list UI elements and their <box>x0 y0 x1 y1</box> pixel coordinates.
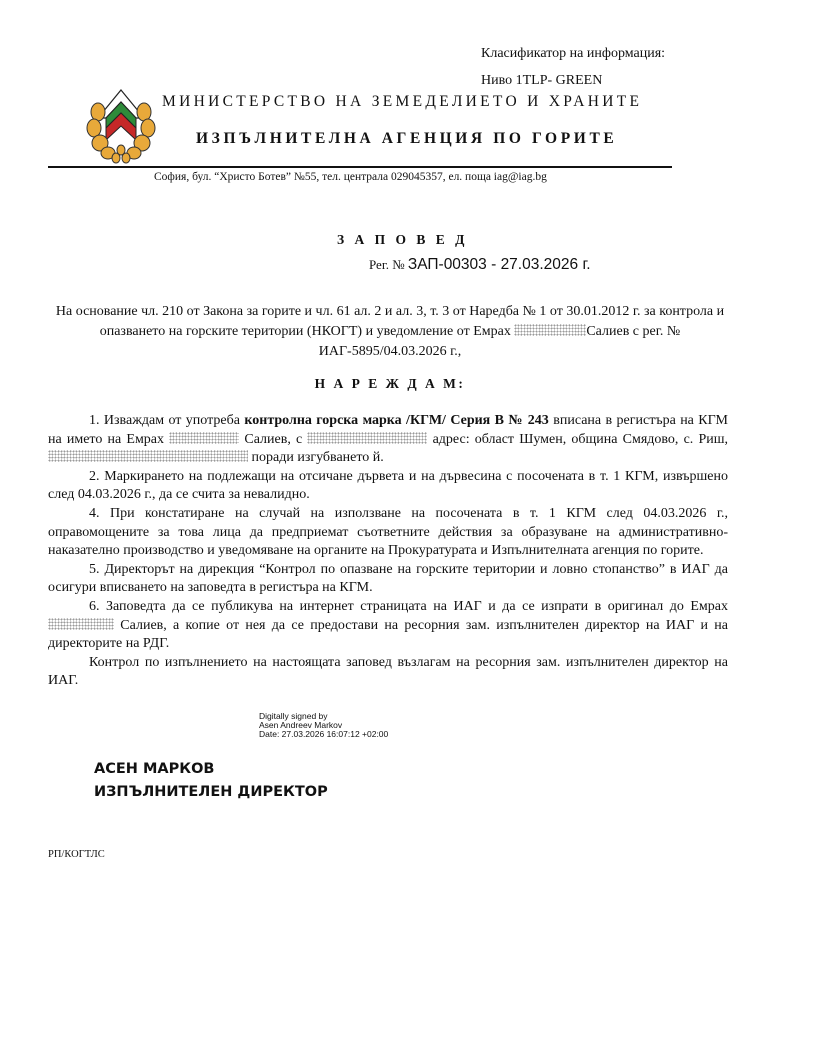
preamble: На основание чл. 210 от Закона за горите… <box>48 302 732 362</box>
forest-agency-emblem-icon <box>86 88 156 168</box>
agency-name: ИЗПЪЛНИТЕЛНА АГЕНЦИЯ ПО ГОРИТЕ <box>196 130 617 148</box>
order-item-5: 5. Директорът на дирекция “Контрол по оп… <box>48 561 728 598</box>
order-item-6: 6. Заповедта да се публикува на интернет… <box>48 598 728 654</box>
reg-prefix: Рег. № <box>369 257 405 272</box>
signatory-name: АСЕН МАРКОВ <box>94 758 328 781</box>
redacted-text <box>307 432 427 444</box>
registration-number: Рег. № ЗАП-00303 - 27.03.2026 г. <box>369 256 591 274</box>
classification-block: Класификатор на информация: Ниво 1TLP- G… <box>481 40 665 94</box>
order-items: 1. Изваждам от употреба контролна горска… <box>48 412 728 691</box>
ministry-name: МИНИСТЕРСТВО НА ЗЕМЕДЕЛИЕТО И ХРАНИТЕ <box>162 93 642 111</box>
digital-signature: Digitally signed by Asen Andreev Markov … <box>259 712 388 739</box>
header-divider <box>48 166 672 168</box>
signatory-block: АСЕН МАРКОВ ИЗПЪЛНИТЕЛЕН ДИРЕКТОР <box>94 758 328 804</box>
reg-value: ЗАП-00303 - 27.03.2026 г. <box>408 256 591 273</box>
redacted-text <box>48 618 114 630</box>
redacted-text <box>169 432 239 444</box>
order-heading: Н А Р Е Ж Д А М: <box>48 376 732 392</box>
signatory-position: ИЗПЪЛНИТЕЛЕН ДИРЕКТОР <box>94 781 328 804</box>
document-title: З А П О В Е Д <box>337 232 468 248</box>
classification-level: Ниво 1TLP- GREEN <box>481 67 665 94</box>
order-item-1: 1. Изваждам от употреба контролна горска… <box>48 412 728 468</box>
order-item-2: 2. Маркирането на подлежащи на отсичане … <box>48 468 728 505</box>
classification-label: Класификатор на информация: <box>481 40 665 67</box>
order-item-4: 4. При констатиране на случай на използв… <box>48 505 728 561</box>
redacted-text <box>48 450 248 462</box>
signature-date: Date: 27.03.2026 16:07:12 +02:00 <box>259 730 388 739</box>
document-reference: РП/КОГТЛС <box>48 849 105 860</box>
agency-address: София, бул. “Христо Ботев” №55, тел. цен… <box>154 171 547 183</box>
redacted-text <box>514 324 586 336</box>
control-clause: Контрол по изпълнението на настоящата за… <box>48 654 728 691</box>
